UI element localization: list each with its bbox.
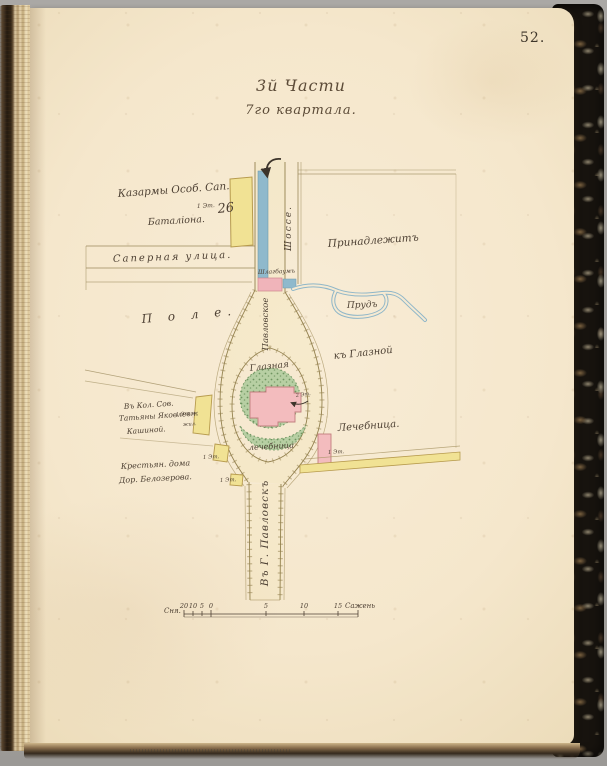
map-title-part: 3й Части <box>28 76 574 95</box>
page-number: 52. <box>520 30 545 46</box>
book-photo: 52. 3й Части 7го квартала. <box>0 0 607 766</box>
map-title-quarter: 7го квартала. <box>28 103 574 118</box>
map-title-block: 3й Части 7го квартала. <box>28 76 574 118</box>
book-spine-page-edges <box>0 5 30 751</box>
book-bottom-edge <box>24 743 580 759</box>
tiny-caption-smudge <box>130 749 292 752</box>
atlas-page: 52. 3й Части 7го квартала. <box>28 8 574 745</box>
